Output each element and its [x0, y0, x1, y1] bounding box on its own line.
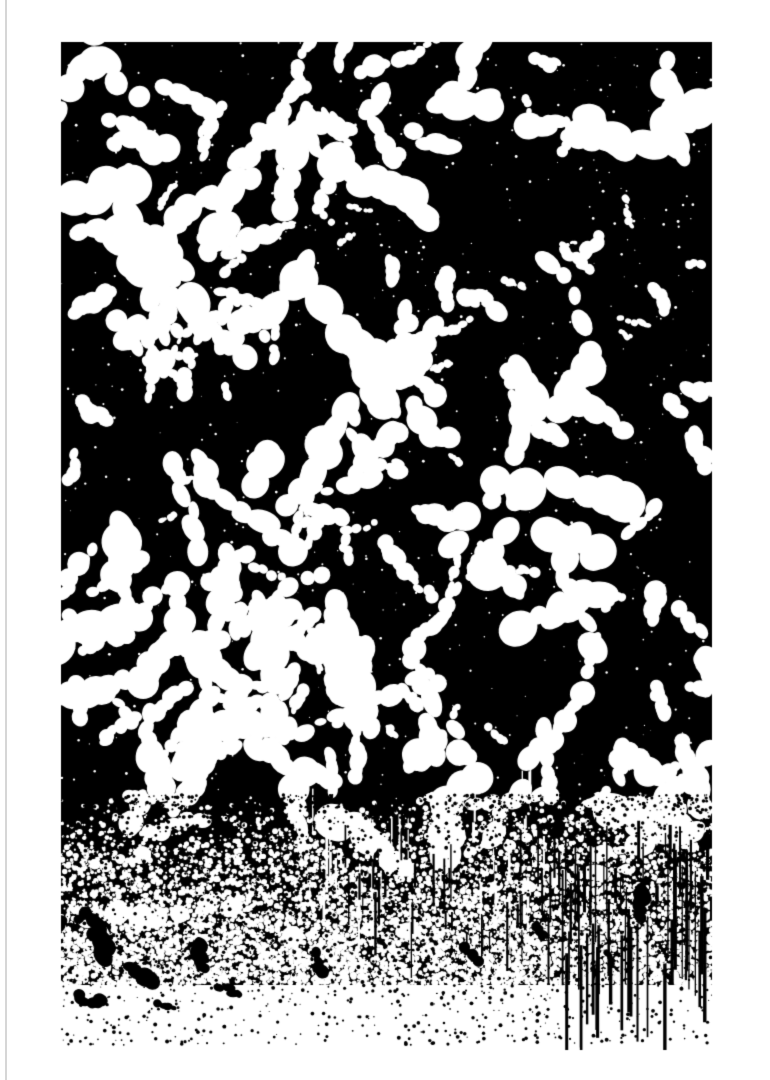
monochrome-ink-print-artwork: [0, 0, 770, 1080]
art-print-page: [0, 0, 770, 1080]
